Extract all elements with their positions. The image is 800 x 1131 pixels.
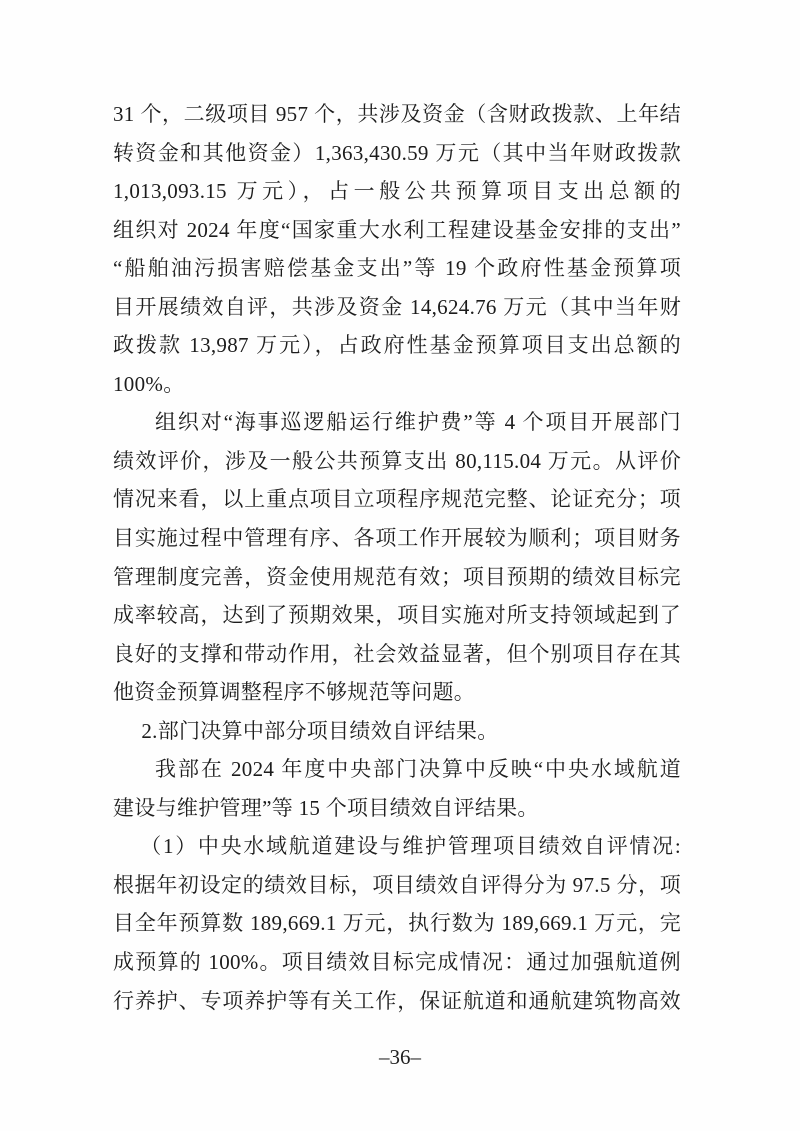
text-line: 情况来看，以上重点项目立项程序规范完整、论证充分；项 [113, 480, 681, 519]
text-line: 良好的支撑和带动作用，社会效益显著，但个别项目存在其 [113, 635, 681, 674]
text-line: 组织对“海事巡逻船运行维护费”等 4 个项目开展部门 [113, 403, 681, 442]
text-line: 根据年初设定的绩效目标，项目绩效自评得分为 97.5 分，项 [113, 866, 681, 905]
body-text: 31 个，二级项目 957 个，共涉及资金（含财政拨款、上年结 转资金和其他资金… [113, 95, 681, 1020]
text-line: （1）中央水域航道建设与维护管理项目绩效自评情况: [113, 827, 681, 866]
text-line: 政拨款 13,987 万元），占政府性基金预算项目支出总额的 [113, 326, 681, 365]
text-line: 成率较高，达到了预期效果，项目实施对所支持领域起到了 [113, 596, 681, 635]
text-line: 100%。 [113, 365, 681, 404]
text-line: 目实施过程中管理有序、各项工作开展较为顺利；项目财务 [113, 519, 681, 558]
text-line: 成预算的 100%。项目绩效目标完成情况：通过加强航道例 [113, 943, 681, 982]
text-line: 绩效评价，涉及一般公共预算支出 80,115.04 万元。从评价 [113, 442, 681, 481]
text-line: 1,013,093.15 万元），占一般公共预算项目支出总额的 100%。 [113, 172, 681, 211]
document-page: 31 个，二级项目 957 个，共涉及资金（含财政拨款、上年结 转资金和其他资金… [0, 0, 800, 1131]
text-line: 组织对 2024 年度“国家重大水利工程建设基金安排的支出” [113, 211, 681, 250]
page-footer: –36– [0, 1040, 800, 1074]
text-line: 目开展绩效自评，共涉及资金 14,624.76 万元（其中当年财 [113, 288, 681, 327]
text-line: 2.部门决算中部分项目绩效自评结果。 [113, 712, 681, 751]
text-line: 目全年预算数 189,669.1 万元，执行数为 189,669.1 万元，完 [113, 904, 681, 943]
text-line: 管理制度完善，资金使用规范有效；项目预期的绩效目标完 [113, 558, 681, 597]
text-line: 他资金预算调整程序不够规范等问题。 [113, 673, 681, 712]
text-line: 建设与维护管理”等 15 个项目绩效自评结果。 [113, 789, 681, 828]
text-line: 行养护、专项养护等有关工作，保证航道和通航建筑物高效 [113, 982, 681, 1021]
text-line: 我部在 2024 年度中央部门决算中反映“中央水域航道 [113, 750, 681, 789]
page-number: –36– [379, 1045, 421, 1069]
text-line: 转资金和其他资金）1,363,430.59 万元（其中当年财政拨款 [113, 134, 681, 173]
text-line: 31 个，二级项目 957 个，共涉及资金（含财政拨款、上年结 [113, 95, 681, 134]
text-line: “船舶油污损害赔偿基金支出”等 19 个政府性基金预算项 [113, 249, 681, 288]
